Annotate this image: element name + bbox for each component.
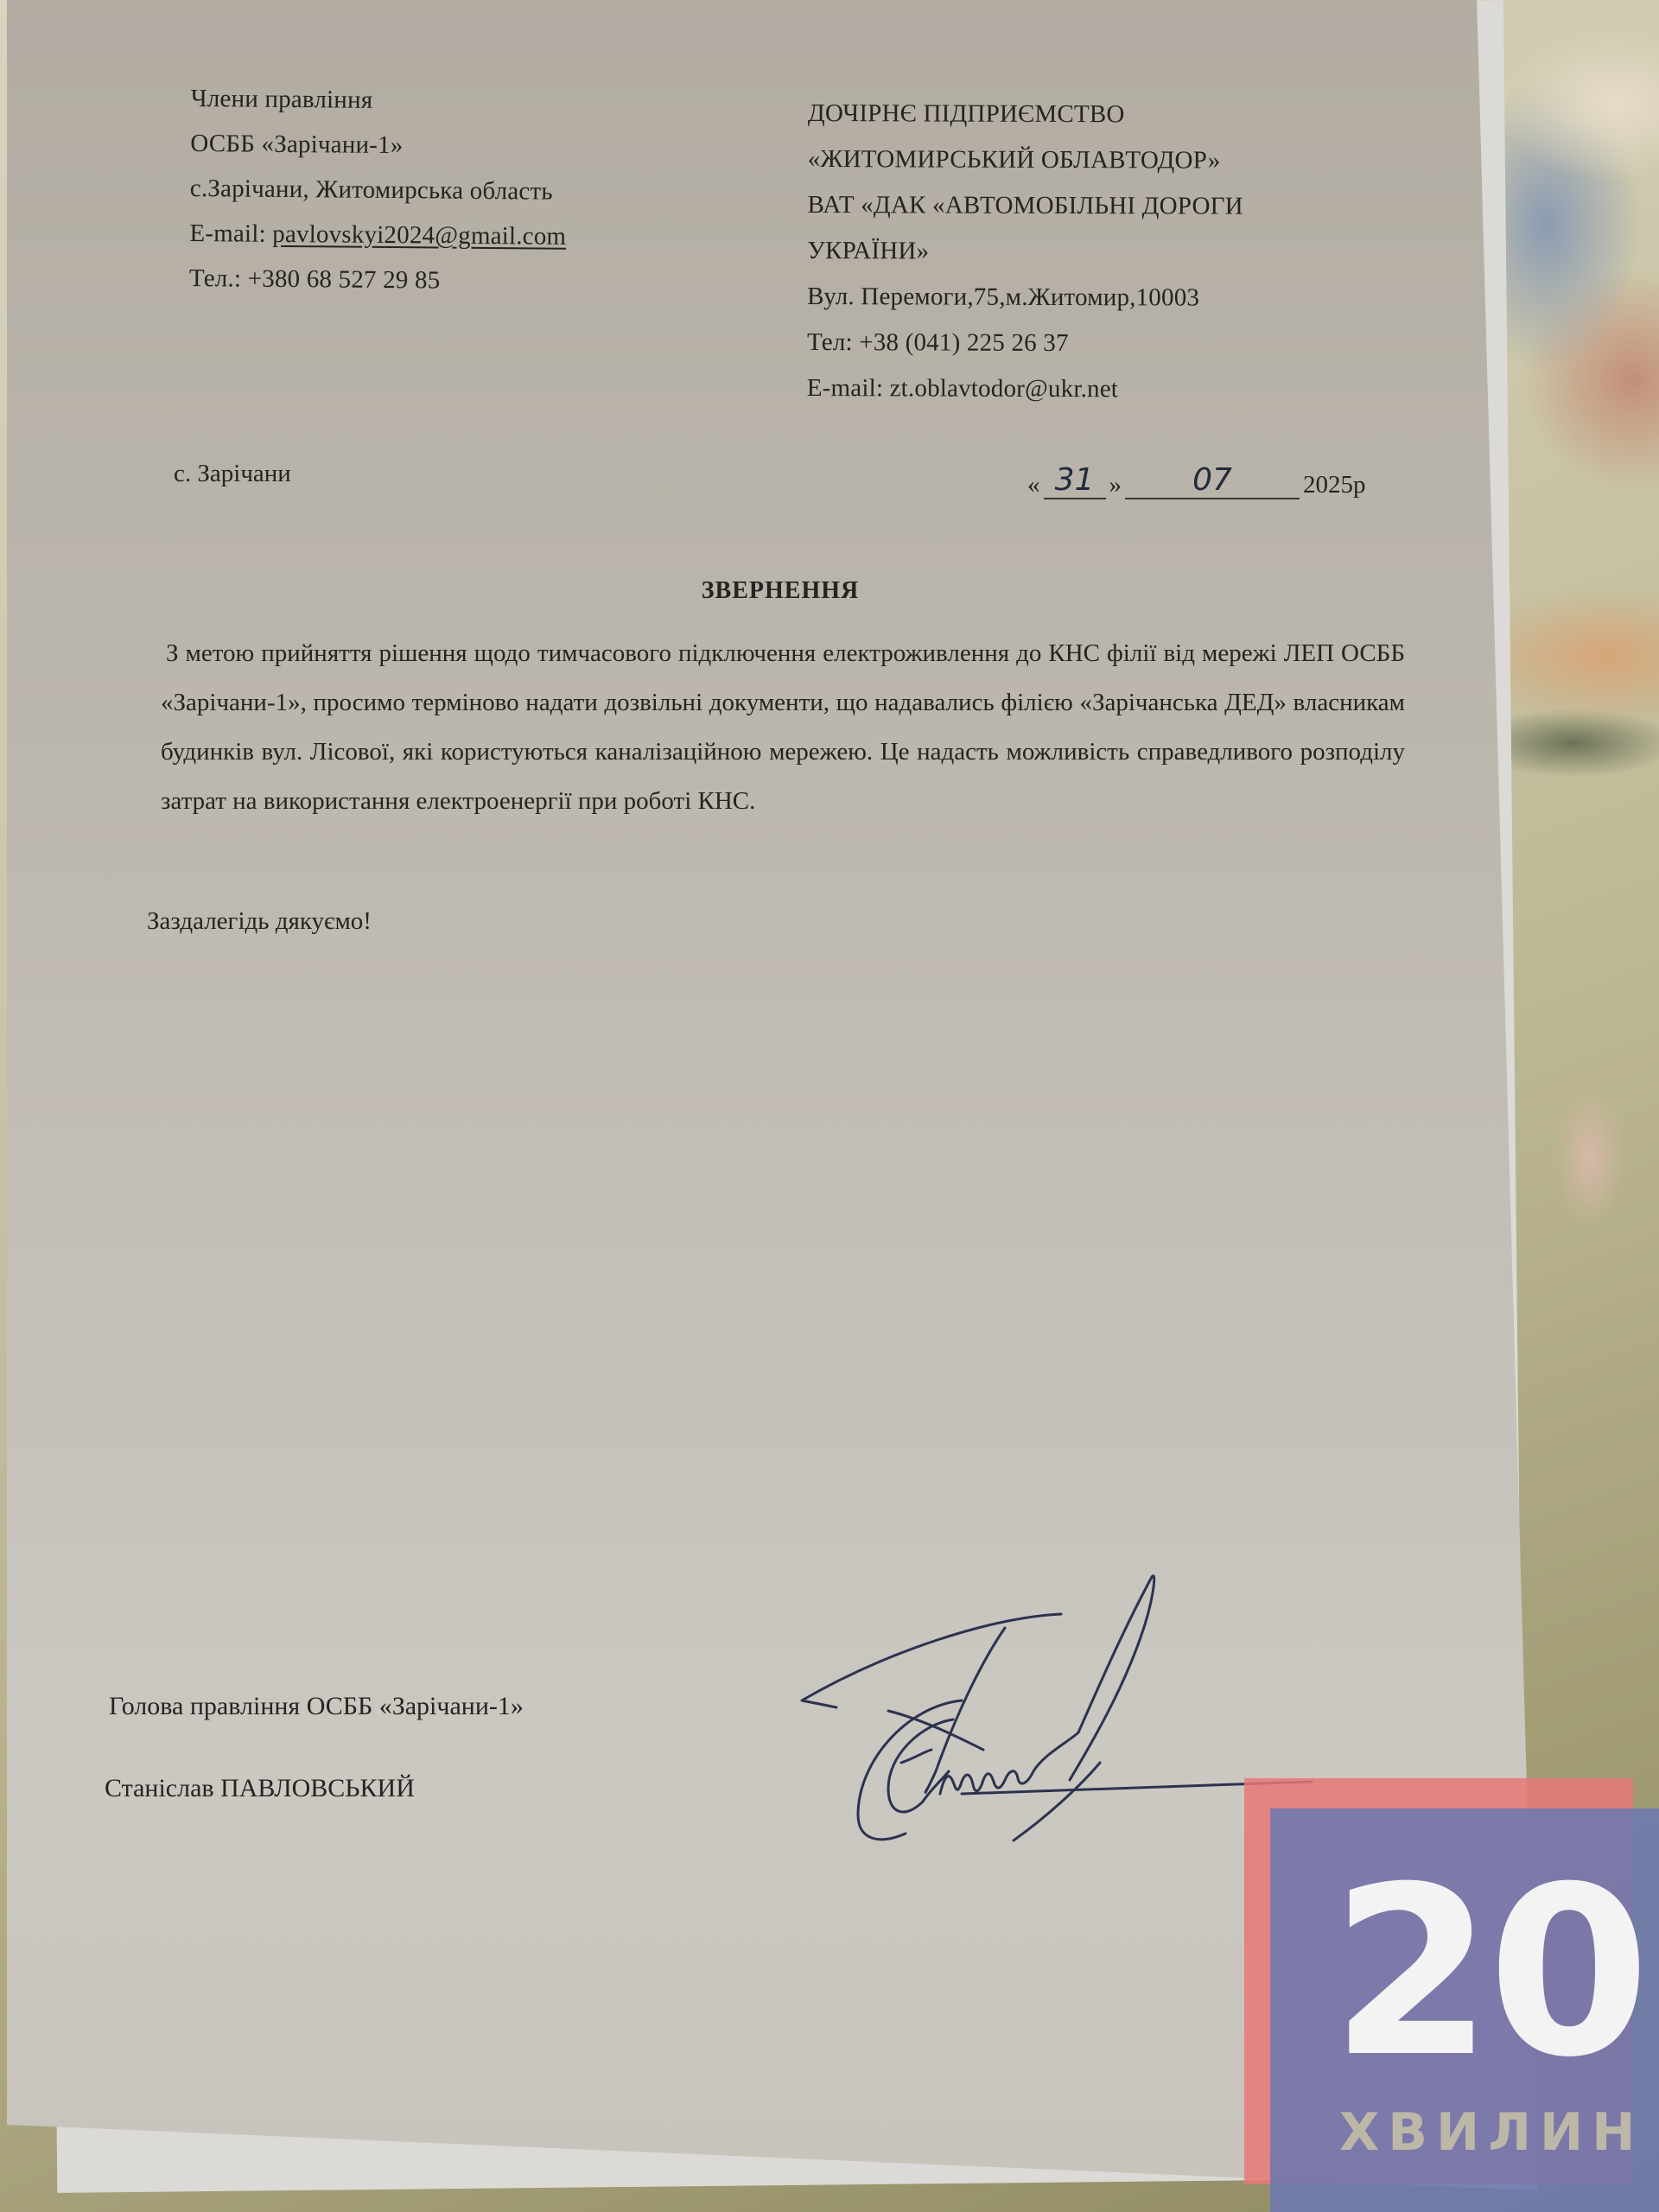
recipient-line: «ЖИТОМИРСЬКИЙ ОБЛАВТОДОР»: [808, 137, 1243, 184]
sender-phone: Тел.: +380 68 527 29 85: [189, 256, 566, 304]
recipient-line: УКРАЇНИ»: [807, 228, 1243, 276]
closing-thanks: Заздалегідь дякуємо!: [147, 907, 372, 936]
body-paragraph: З метою прийняття рішення щодо тимчасово…: [161, 629, 1405, 826]
recipient-line: ВАТ «ДАК «АВТОМОБІЛЬНІ ДОРОГИ: [807, 182, 1243, 230]
date-line: « 31 » 07 2025р: [1027, 463, 1366, 499]
date-open-quote: «: [1027, 471, 1040, 499]
signatory-position: Голова правління ОСББ «Зарічани-1»: [109, 1692, 524, 1721]
recipient-phone: Тел: +38 (041) 225 26 37: [807, 320, 1243, 367]
sender-email-link[interactable]: pavlovskyi2024@gmail.com: [272, 220, 566, 251]
sender-location: с.Зарічани, Житомирська область: [190, 166, 567, 214]
recipient-address: Вул. Перемоги,75,м.Житомир,10003: [807, 274, 1243, 321]
recipient-line: ДОЧІРНЄ ПІДПРИЄМСТВО: [808, 91, 1243, 138]
logo-word: ХВИЛИН: [1339, 2102, 1643, 2163]
document-title: ЗВЕРНЕННЯ: [7, 577, 1554, 605]
recipient-block: ДОЧІРНЄ ПІДПРИЄМСТВО «ЖИТОМИРСЬКИЙ ОБЛАВ…: [807, 91, 1244, 413]
sender-email-label: E-mail:: [189, 219, 272, 248]
signatory-name: Станіслав ПАВЛОВСЬКИЙ: [105, 1774, 415, 1803]
place-of-issue: с. Зарічани: [174, 460, 291, 488]
sender-line: Члени правління: [191, 76, 568, 124]
sender-block: Члени правління ОСББ «Зарічани-1» с.Зарі…: [189, 76, 568, 304]
date-close-quote: »: [1109, 471, 1122, 499]
date-year: 2025р: [1303, 471, 1366, 499]
logo-number: 20: [1331, 1860, 1645, 2085]
recipient-email: E-mail: zt.oblavtodor@ukr.net: [807, 365, 1243, 413]
sender-email-row: E-mail: pavlovskyi2024@gmail.com: [189, 211, 566, 259]
sender-org: ОСББ «Зарічани-1»: [190, 121, 567, 169]
news-logo-watermark: 20 ХВИЛИН: [1244, 1778, 1659, 2212]
date-day-handwritten: 31: [1044, 463, 1106, 499]
date-month-handwritten: 07: [1125, 463, 1300, 499]
